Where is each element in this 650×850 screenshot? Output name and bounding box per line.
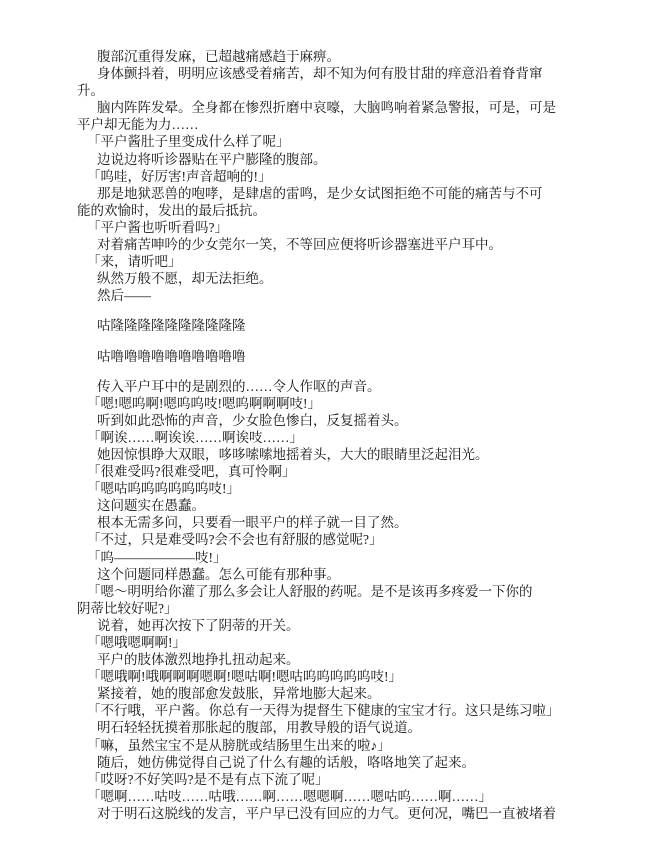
text-line: 这个问题同样愚蠢。怎么可能有那种事。: [77, 566, 573, 583]
text-line: 升。: [77, 82, 573, 99]
text-line: 明石轻轻抚摸着那胀起的腹部，用教导般的语气说道。: [77, 719, 573, 736]
text-line: 脑内阵阵发晕。全身都在惨烈折磨中哀嚎，大脑鸣响着紧急警报，可是，可是: [77, 99, 573, 116]
text-line: 「嗯!嗯呜啊!嗯呜呜吱!嗯呜啊啊啊吱!」: [77, 395, 573, 412]
text-line: 「嗯哦啊!哦啊啊啊嗯啊!嗯咕啊!嗯咕呜呜呜呜呜吱!」: [77, 668, 573, 685]
text-line: 「嘛，虽然宝宝不是从膀胱或结肠里生出来的啦♪」: [77, 737, 573, 754]
text-line: [77, 335, 573, 348]
text-line: 然后——: [77, 287, 573, 304]
text-line: 「嗯哦嗯啊啊!」: [77, 634, 573, 651]
text-line: 「平户酱也听听看吗?」: [77, 219, 573, 236]
text-line: 「不行哦，平户酱。你总有一天得为提督生下健康的宝宝才行。这只是练习啦」: [77, 702, 573, 719]
text-line: 阴蒂比较好呢?」: [77, 600, 573, 617]
text-line: 对于明石这脱线的发言，平户早已没有回应的力气。更何况，嘴巴一直被堵着: [77, 805, 573, 822]
text-line: 随后，她仿佛觉得自己说了什么有趣的话般，咯咯地笑了起来。: [77, 754, 573, 771]
text-line: 「不过，只是难受吗?会不会也有舒服的感觉呢?」: [77, 531, 573, 548]
text-line: 说着，她再次按下了阴蒂的开关。: [77, 617, 573, 634]
text-line: 边说边将听诊器贴在平户膨隆的腹部。: [77, 151, 573, 168]
text-line: 紧接着，她的腹部愈发鼓胀，异常地膨大起来。: [77, 685, 573, 702]
text-line: 能的欢愉时，发出的最后抵抗。: [77, 202, 573, 219]
document-text-block: 腹部沉重得发麻，已超越痛感趋于麻痹。身体颤抖着，明明应该感受着痛苦，却不知为何有…: [77, 48, 573, 822]
text-line: 传入平户耳中的是剧烈的……令人作呕的声音。: [77, 378, 573, 395]
text-line: 「来，请听吧」: [77, 253, 573, 270]
text-line: 「啊诶……啊诶诶……啊诶吱……」: [77, 429, 573, 446]
text-line: 听到如此恐怖的声音，少女脸色惨白，反复摇着头。: [77, 412, 573, 429]
text-line: 咕隆隆隆隆隆隆隆隆隆隆: [77, 317, 573, 334]
text-line: 「哎呀?不好笑吗?是不是有点下流了呢」: [77, 771, 573, 788]
text-line: 「很难受吗?很难受吧，真可怜啊」: [77, 463, 573, 480]
text-line: [77, 304, 573, 317]
text-line: 「嗯啊……咕吱……咕哦……啊……嗯嗯啊……嗯咕呜……啊……」: [77, 788, 573, 805]
text-line: 「呜哇，好厉害!声音超响的!」: [77, 168, 573, 185]
text-line: 咕噜噜噜噜噜噜噜噜噜噜: [77, 348, 573, 365]
text-line: 平户的肢体激烈地挣扎扭动起来。: [77, 651, 573, 668]
page-background: { "page": { "background": "#ffffff", "te…: [0, 0, 650, 850]
text-line: [77, 365, 573, 378]
text-line: 她因惊惧睁大双眼，哆哆嗦嗦地摇着头，大大的眼睛里泛起泪光。: [77, 446, 573, 463]
text-line: 「平户酱肚子里变成什么样了呢」: [77, 133, 573, 150]
text-line: 对着痛苦呻吟的少女莞尔一笑，不等回应便将听诊器塞进平户耳中。: [77, 236, 573, 253]
text-line: 身体颤抖着，明明应该感受着痛苦，却不知为何有股甘甜的痒意沿着脊背窜: [77, 65, 573, 82]
text-line: 纵然万般不愿，却无法拒绝。: [77, 270, 573, 287]
text-line: 「呜——————吱!」: [77, 549, 573, 566]
text-line: 「嗯～明明给你灌了那么多会让人舒服的药呢。是不是该再多疼爱一下你的: [77, 583, 573, 600]
text-line: 平户却无能为力……: [77, 116, 573, 133]
text-line: 这问题实在愚蠢。: [77, 497, 573, 514]
text-line: 根本无需多问，只要看一眼平户的样子就一目了然。: [77, 514, 573, 531]
text-line: 那是地狱恶兽的咆哮，是肆虐的雷鸣，是少女试图拒绝不可能的痛苦与不可: [77, 185, 573, 202]
text-line: 腹部沉重得发麻，已超越痛感趋于麻痹。: [77, 48, 573, 65]
text-line: 「嗯咕呜呜呜呜呜呜吱!」: [77, 480, 573, 497]
